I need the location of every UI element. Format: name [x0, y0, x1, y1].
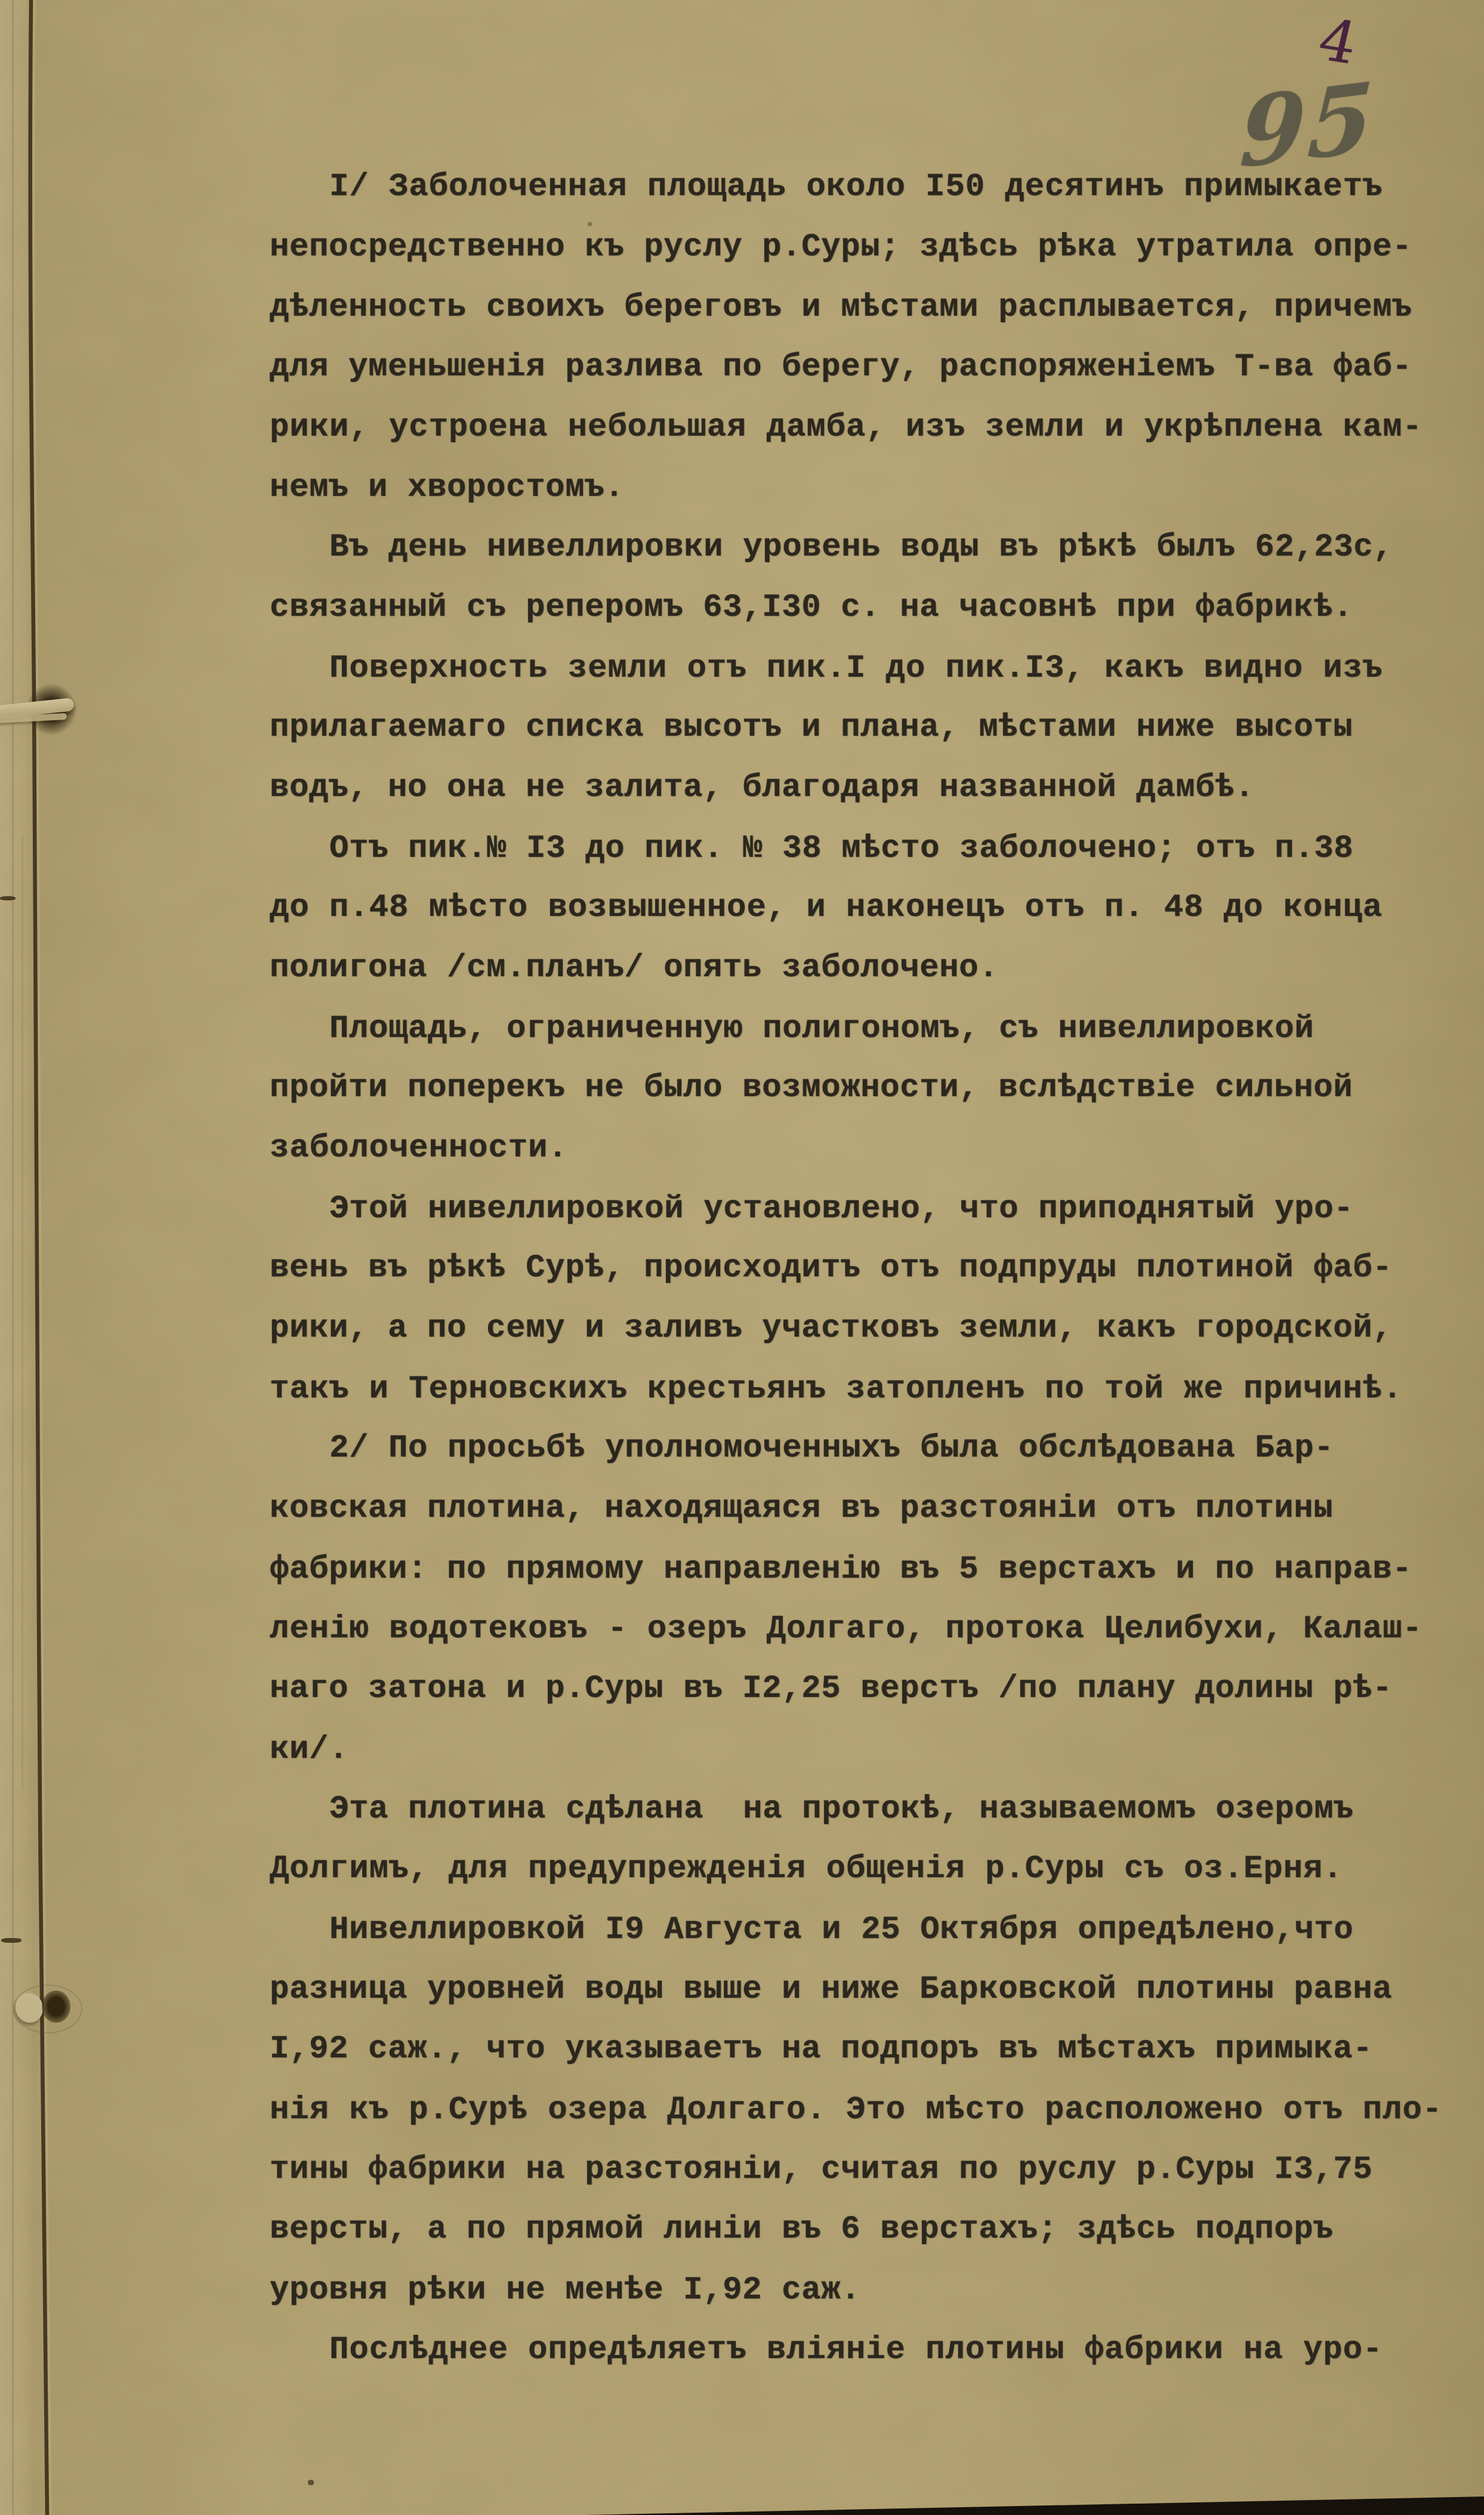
- text-line: версты, а по прямой линіи въ 6 верстахъ;…: [270, 2200, 1451, 2260]
- text-line: рики, устроена небольшая дамба, изъ земл…: [270, 398, 1451, 458]
- text-line: до п.48 мѣсто возвышенное, и наконецъ от…: [270, 878, 1451, 939]
- text-line: Въ день нивеллировки уровень воды въ рѣк…: [270, 518, 1451, 578]
- text-line: полигона /см.планъ/ опять заболочено.: [270, 939, 1451, 999]
- text-line: ки/.: [270, 1720, 1451, 1780]
- text-line: Нивеллировкой I9 Августа и 25 Октября оп…: [270, 1900, 1451, 1961]
- text-line: Послѣднее опредѣляетъ вліяніе плотины фа…: [270, 2320, 1451, 2381]
- text-line: водъ, но она не залита, благодаря назван…: [270, 758, 1451, 819]
- text-line: нія къ р.Сурѣ озера Долгаго. Это мѣсто р…: [270, 2081, 1451, 2141]
- text-line: наго затона и р.Суры въ I2,25 верстъ /по…: [270, 1659, 1451, 1720]
- text-line: непосредственно къ руслу р.Суры; здѣсь р…: [270, 218, 1451, 278]
- text-line: Площадь, ограниченную полигономъ, съ нив…: [270, 999, 1451, 1060]
- text-line: дѣленность своихъ береговъ и мѣстами рас…: [270, 278, 1451, 338]
- paper-speck: [308, 2480, 314, 2485]
- text-line: ленію водотековъ - озеръ Долгаго, проток…: [270, 1600, 1451, 1660]
- text-line: I,92 саж., что указываетъ на подпоръ въ …: [270, 2020, 1451, 2080]
- text-line: пройти поперекъ не было возможности, всл…: [270, 1059, 1451, 1119]
- text-line: Этой нивеллировкой установлено, что прип…: [270, 1180, 1451, 1240]
- text-line: рики, а по сему и заливъ участковъ земли…: [270, 1299, 1451, 1359]
- text-line: для уменьшенія разлива по берегу, распор…: [270, 338, 1451, 398]
- paper-speck: [0, 896, 16, 900]
- text-line: 2/ По просьбѣ уполномоченныхъ была обслѣ…: [270, 1419, 1451, 1479]
- paper-speck: [1, 1938, 21, 1943]
- text-line: немъ и хворостомъ.: [270, 458, 1451, 519]
- text-line: связанный съ реперомъ 63,I30 с. на часов…: [270, 578, 1451, 638]
- text-line: Долгимъ, для предупрежденія общенія р.Су…: [270, 1840, 1451, 1900]
- text-line: уровня рѣки не менѣе I,92 саж.: [270, 2261, 1451, 2321]
- text-line: разница уровней воды выше и ниже Барковс…: [270, 1960, 1451, 2020]
- text-line: заболоченности.: [270, 1119, 1451, 1179]
- document-lines: I/ Заболоченная площадь около I50 десяти…: [270, 158, 1451, 2380]
- text-line: тины фабрики на разстояніи, считая по ру…: [270, 2140, 1451, 2201]
- text-line: прилагаемаго списка высотъ и плана, мѣст…: [270, 698, 1451, 758]
- text-line: фабрики: по прямому направленію въ 5 вер…: [270, 1540, 1451, 1600]
- text-line: такъ и Терновскихъ крестьянъ затопленъ п…: [270, 1360, 1451, 1420]
- text-line: вень въ рѣкѣ Сурѣ, происходитъ отъ подпр…: [270, 1239, 1451, 1299]
- text-line: Поверхность земли отъ пик.I до пик.I3, к…: [270, 639, 1451, 699]
- scanned-page: 4 95 I/ Заболоченная площадь около I50 д…: [0, 0, 1484, 2515]
- text-line: Эта плотина сдѣлана на протокѣ, называем…: [270, 1780, 1451, 1840]
- text-line: Отъ пик.№ I3 до пик. № 38 мѣсто заболоче…: [270, 819, 1451, 880]
- scanner-edge-shadow: [584, 2497, 1484, 2515]
- binding-gap-line: [0, 0, 95, 2515]
- text-line: ковская плотина, находящаяся въ разстоян…: [270, 1479, 1451, 1539]
- text-line: I/ Заболоченная площадь около I50 десяти…: [270, 158, 1451, 218]
- punch-hole: [42, 1991, 70, 2023]
